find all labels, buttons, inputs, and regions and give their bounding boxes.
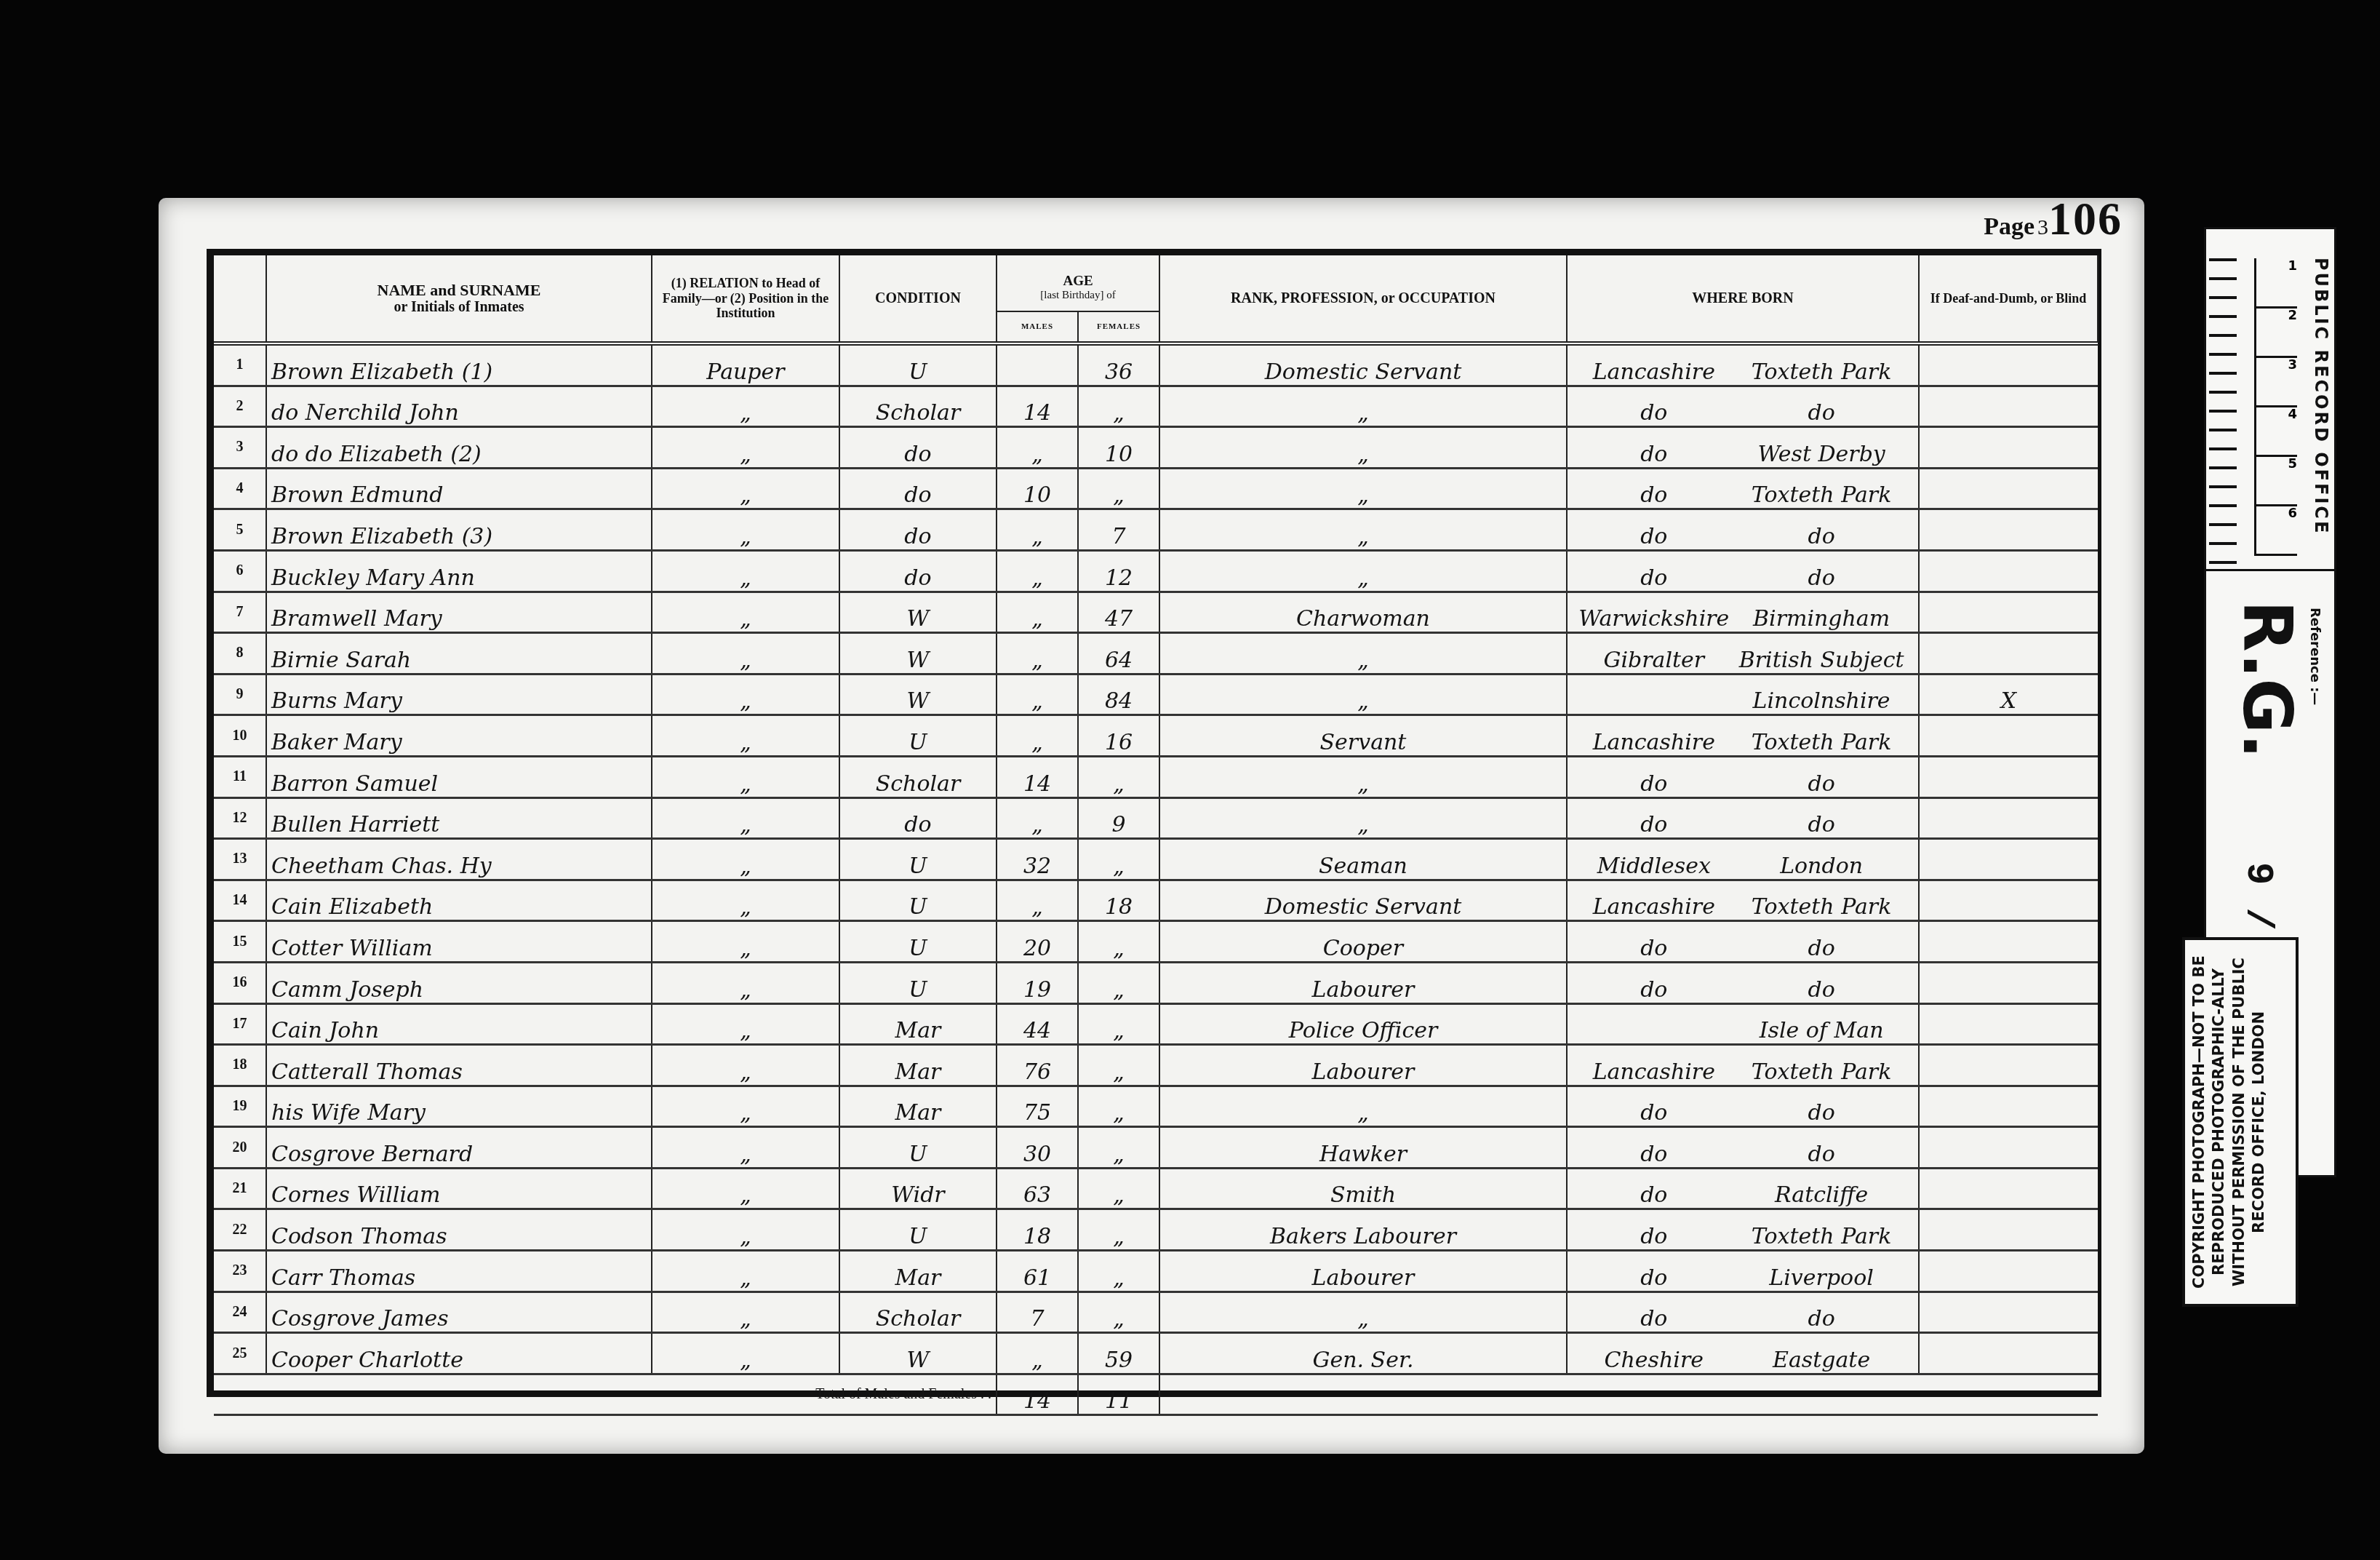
table-row: 15Cotter William„U20„Cooperdodo [214, 921, 2098, 963]
relation-cell: „ [652, 962, 839, 1003]
infirmity-cell [1919, 962, 2098, 1003]
header-row-number [214, 255, 266, 343]
infirmity-cell [1919, 550, 2098, 592]
infirmity-cell [1919, 715, 2098, 757]
birth-county: Lancashire [1572, 359, 1736, 385]
female-age-cell: „ [1078, 1127, 1159, 1169]
reference-series: R.G. [2228, 600, 2306, 759]
birth-county: do [1572, 1100, 1736, 1126]
page-main-number: 106 [2048, 193, 2123, 244]
census-table: NAME and SURNAME or Initials of Inmates … [214, 255, 2099, 1416]
male-age-cell: „ [997, 880, 1078, 921]
header-name-title: NAME and SURNAME [270, 281, 648, 299]
female-age-cell: 64 [1078, 633, 1159, 674]
infirmity-cell [1919, 343, 2098, 386]
condition-cell: W [839, 633, 997, 674]
male-age-cell: „ [997, 797, 1078, 839]
birth-county: Middlesex [1572, 853, 1736, 879]
female-age-cell: 59 [1078, 1333, 1159, 1374]
where-born-cell: dodo [1567, 386, 1919, 427]
female-age-cell: 10 [1078, 427, 1159, 469]
header-condition: CONDITION [839, 255, 997, 343]
relation-cell: „ [652, 1209, 839, 1251]
infirmity-cell [1919, 427, 2098, 469]
male-age-cell: „ [997, 1333, 1078, 1374]
female-age-cell: „ [1078, 756, 1159, 797]
birth-place: do [1736, 1142, 1907, 1167]
ruler-ticks [2209, 258, 2251, 564]
condition-cell: do [839, 550, 997, 592]
ruler-cm-mark: 1 [2254, 258, 2297, 309]
condition-cell: U [839, 1127, 997, 1169]
birth-county: do [1572, 812, 1736, 837]
row-number: 19 [214, 1086, 266, 1127]
condition-cell: U [839, 880, 997, 921]
name-cell: Carr Thomas [266, 1251, 652, 1292]
birth-county: do [1572, 936, 1736, 961]
male-age-cell [997, 343, 1078, 386]
row-number: 16 [214, 962, 266, 1003]
female-age-cell: „ [1078, 1045, 1159, 1086]
where-born-cell: dodo [1567, 1127, 1919, 1169]
condition-cell: W [839, 674, 997, 715]
ruler-cm-mark: 6 [2254, 506, 2297, 556]
birth-county: do [1572, 977, 1736, 1003]
female-age-cell: „ [1078, 1292, 1159, 1333]
row-number: 25 [214, 1333, 266, 1374]
female-age-cell: 36 [1078, 343, 1159, 386]
infirmity-cell [1919, 1045, 2098, 1086]
header-infirmity: If Deaf-and-Dumb, or Blind [1919, 255, 2098, 343]
female-age-cell: „ [1078, 1003, 1159, 1045]
row-number: 12 [214, 797, 266, 839]
relation-cell: „ [652, 509, 839, 551]
infirmity-cell: X [1919, 674, 2098, 715]
female-age-cell: „ [1078, 1168, 1159, 1209]
condition-cell: U [839, 962, 997, 1003]
male-age-cell: „ [997, 715, 1078, 757]
condition-cell: W [839, 1333, 997, 1374]
occupation-cell: „ [1159, 509, 1567, 551]
name-cell: Cornes William [266, 1168, 652, 1209]
male-age-cell: 76 [997, 1045, 1078, 1086]
copyright-text: COPYRIGHT PHOTOGRAPH—NOT TO BE REPRODUCE… [2189, 947, 2291, 1297]
female-age-cell: 7 [1078, 509, 1159, 551]
table-row: 18Catterall Thomas„Mar76„LabourerLancash… [214, 1045, 2098, 1086]
birth-county: do [1572, 1142, 1736, 1167]
relation-cell: Pauper [652, 343, 839, 386]
header-where-born: WHERE BORN [1567, 255, 1919, 343]
infirmity-cell [1919, 1251, 2098, 1292]
row-number: 2 [214, 386, 266, 427]
occupation-cell: „ [1159, 674, 1567, 715]
birth-place: Toxteth Park [1736, 1059, 1907, 1085]
name-cell: Cosgrove James [266, 1292, 652, 1333]
where-born-cell: Lincolnshire [1567, 674, 1919, 715]
where-born-cell: doLiverpool [1567, 1251, 1919, 1292]
birth-county: do [1572, 442, 1736, 467]
female-age-cell: „ [1078, 839, 1159, 880]
condition-cell: Scholar [839, 756, 997, 797]
scale-ruler: PUBLIC RECORD OFFICE 123456 [2204, 227, 2336, 573]
birth-place: Toxteth Park [1736, 482, 1907, 508]
infirmity-cell [1919, 1333, 2098, 1374]
row-number: 21 [214, 1168, 266, 1209]
relation-cell: „ [652, 1333, 839, 1374]
where-born-cell: LancashireToxteth Park [1567, 880, 1919, 921]
ruler-cm-mark: 4 [2254, 407, 2297, 457]
name-cell: Buckley Mary Ann [266, 550, 652, 592]
male-age-cell: 19 [997, 962, 1078, 1003]
name-cell: his Wife Mary [266, 1086, 652, 1127]
table-row: 24Cosgrove James„Scholar7„„dodo [214, 1292, 2098, 1333]
infirmity-cell [1919, 1127, 2098, 1169]
table-row: 3do do Elizabeth (2)„do„10„doWest Derby [214, 427, 2098, 469]
occupation-cell: „ [1159, 1086, 1567, 1127]
infirmity-cell [1919, 592, 2098, 633]
relation-cell: „ [652, 1251, 839, 1292]
name-cell: Brown Elizabeth (3) [266, 509, 652, 551]
page-number: Page 3106 [1984, 192, 2123, 246]
occupation-cell: Labourer [1159, 1045, 1567, 1086]
row-number: 9 [214, 674, 266, 715]
birth-place: Liverpool [1736, 1265, 1907, 1291]
infirmity-cell [1919, 797, 2098, 839]
male-age-cell: „ [997, 509, 1078, 551]
table-row: 17Cain John„Mar44„Police OfficerIsle of … [214, 1003, 2098, 1045]
occupation-cell: Labourer [1159, 1251, 1567, 1292]
row-number: 6 [214, 550, 266, 592]
totals-females: 11 [1078, 1374, 1159, 1415]
birth-county: do [1572, 1182, 1736, 1208]
occupation-cell: „ [1159, 1292, 1567, 1333]
table-row: 1Brown Elizabeth (1)PauperU36Domestic Se… [214, 343, 2098, 386]
female-age-cell: 18 [1078, 880, 1159, 921]
name-cell: Cosgrove Bernard [266, 1127, 652, 1169]
birth-place: do [1736, 565, 1907, 591]
male-age-cell: 14 [997, 386, 1078, 427]
totals-males: 14 [997, 1374, 1078, 1415]
name-cell: Baker Mary [266, 715, 652, 757]
condition-cell: Scholar [839, 1292, 997, 1333]
male-age-cell: 63 [997, 1168, 1078, 1209]
birth-place: Toxteth Park [1736, 730, 1907, 755]
female-age-cell: 47 [1078, 592, 1159, 633]
occupation-cell: Police Officer [1159, 1003, 1567, 1045]
where-born-cell: LancashireToxteth Park [1567, 343, 1919, 386]
where-born-cell: LancashireToxteth Park [1567, 715, 1919, 757]
birth-county: do [1572, 482, 1736, 508]
birth-county: Lancashire [1572, 1059, 1736, 1085]
header-occupation: RANK, PROFESSION, or OCCUPATION [1159, 255, 1567, 343]
table-row: 12Bullen Harriett„do„9„dodo [214, 797, 2098, 839]
male-age-cell: „ [997, 633, 1078, 674]
condition-cell: do [839, 509, 997, 551]
relation-cell: „ [652, 1045, 839, 1086]
name-cell: Codson Thomas [266, 1209, 652, 1251]
birth-county: do [1572, 1265, 1736, 1291]
infirmity-cell [1919, 386, 2098, 427]
birth-county: Lancashire [1572, 730, 1736, 755]
birth-place: Lincolnshire [1736, 688, 1907, 714]
male-age-cell: 30 [997, 1127, 1078, 1169]
where-born-cell: doWest Derby [1567, 427, 1919, 469]
birth-place: London [1736, 853, 1907, 879]
where-born-cell: doToxteth Park [1567, 1209, 1919, 1251]
where-born-cell: dodo [1567, 921, 1919, 963]
table-row: 4Brown Edmund„do10„„doToxteth Park [214, 468, 2098, 509]
infirmity-cell [1919, 756, 2098, 797]
row-number: 10 [214, 715, 266, 757]
birth-place: Toxteth Park [1736, 359, 1907, 385]
condition-cell: Mar [839, 1045, 997, 1086]
relation-cell: „ [652, 1003, 839, 1045]
page-sub-number: 3 [2037, 215, 2048, 239]
birth-county: do [1572, 771, 1736, 797]
where-born-cell: LancashireToxteth Park [1567, 1045, 1919, 1086]
name-cell: Cotter William [266, 921, 652, 963]
occupation-cell: Domestic Servant [1159, 343, 1567, 386]
condition-cell: U [839, 839, 997, 880]
male-age-cell: 32 [997, 839, 1078, 880]
where-born-cell: Isle of Man [1567, 1003, 1919, 1045]
table-row: 2do Nerchild John„Scholar14„„dodo [214, 386, 2098, 427]
page-label: Page [1984, 213, 2034, 240]
row-number: 13 [214, 839, 266, 880]
infirmity-cell [1919, 1003, 2098, 1045]
row-number: 22 [214, 1209, 266, 1251]
birth-place: Ratcliffe [1736, 1182, 1907, 1208]
female-age-cell: 9 [1078, 797, 1159, 839]
male-age-cell: 14 [997, 756, 1078, 797]
row-number: 11 [214, 756, 266, 797]
male-age-cell: 20 [997, 921, 1078, 963]
birth-place: do [1736, 771, 1907, 797]
table-row: 5Brown Elizabeth (3)„do„7„dodo [214, 509, 2098, 551]
condition-cell: Scholar [839, 386, 997, 427]
infirmity-cell [1919, 880, 2098, 921]
table-row: 6Buckley Mary Ann„do„12„dodo [214, 550, 2098, 592]
occupation-cell: „ [1159, 550, 1567, 592]
female-age-cell: „ [1078, 921, 1159, 963]
infirmity-cell [1919, 468, 2098, 509]
male-age-cell: 10 [997, 468, 1078, 509]
header-name: NAME and SURNAME or Initials of Inmates [266, 255, 652, 343]
census-sheet: Page 3106 NAME and SURNAME or Initials o… [159, 198, 2144, 1454]
table-row: 14Cain Elizabeth„U„18Domestic ServantLan… [214, 880, 2098, 921]
condition-cell: W [839, 592, 997, 633]
occupation-cell: „ [1159, 797, 1567, 839]
name-cell: Brown Edmund [266, 468, 652, 509]
occupation-cell: Servant [1159, 715, 1567, 757]
table-row: 21Cornes William„Widr63„SmithdoRatcliffe [214, 1168, 2098, 1209]
table-row: 11Barron Samuel„Scholar14„„dodo [214, 756, 2098, 797]
infirmity-cell [1919, 509, 2098, 551]
relation-cell: „ [652, 880, 839, 921]
birth-place: West Derby [1736, 442, 1907, 467]
reference-label: Reference :— [2307, 608, 2323, 705]
birth-county: do [1572, 565, 1736, 591]
female-age-cell: „ [1078, 962, 1159, 1003]
header-relation: (1) RELATION to Head of Family—or (2) Po… [652, 255, 839, 343]
relation-cell: „ [652, 386, 839, 427]
row-number: 4 [214, 468, 266, 509]
row-number: 8 [214, 633, 266, 674]
table-row: 23Carr Thomas„Mar61„LabourerdoLiverpool [214, 1251, 2098, 1292]
occupation-cell: Domestic Servant [1159, 880, 1567, 921]
row-number: 23 [214, 1251, 266, 1292]
where-born-cell: dodo [1567, 550, 1919, 592]
header-age-sub: [last Birthday] of [1000, 290, 1156, 302]
row-number: 20 [214, 1127, 266, 1169]
occupation-cell: Labourer [1159, 962, 1567, 1003]
male-age-cell: „ [997, 427, 1078, 469]
female-age-cell: „ [1078, 386, 1159, 427]
name-cell: Barron Samuel [266, 756, 652, 797]
male-age-cell: 7 [997, 1292, 1078, 1333]
where-born-cell: dodo [1567, 1292, 1919, 1333]
ruler-cm-mark: 2 [2254, 308, 2297, 358]
header-name-sub: or Initials of Inmates [270, 299, 648, 316]
occupation-cell: „ [1159, 427, 1567, 469]
row-number: 18 [214, 1045, 266, 1086]
table-row: 22Codson Thomas„U18„Bakers LabourerdoTox… [214, 1209, 2098, 1251]
where-born-cell: dodo [1567, 509, 1919, 551]
birth-place: do [1736, 524, 1907, 549]
condition-cell: Mar [839, 1003, 997, 1045]
name-cell: Camm Joseph [266, 962, 652, 1003]
infirmity-cell [1919, 1086, 2098, 1127]
table-row: 16Camm Joseph„U19„Labourerdodo [214, 962, 2098, 1003]
occupation-cell: Seaman [1159, 839, 1567, 880]
birth-place: Toxteth Park [1736, 894, 1907, 920]
birth-county: do [1572, 524, 1736, 549]
table-row: 9Burns Mary„W„84„LincolnshireX [214, 674, 2098, 715]
where-born-cell: dodo [1567, 962, 1919, 1003]
name-cell: Burns Mary [266, 674, 652, 715]
birth-county: Warwickshire [1572, 606, 1736, 632]
row-number: 3 [214, 427, 266, 469]
birth-place: Toxteth Park [1736, 1224, 1907, 1249]
header-age-title: AGE [1000, 274, 1156, 290]
female-age-cell: „ [1078, 1251, 1159, 1292]
occupation-cell: Bakers Labourer [1159, 1209, 1567, 1251]
female-age-cell: 84 [1078, 674, 1159, 715]
birth-place: do [1736, 1100, 1907, 1126]
relation-cell: „ [652, 592, 839, 633]
relation-cell: „ [652, 921, 839, 963]
name-cell: Birnie Sarah [266, 633, 652, 674]
header-females: FEMALES [1078, 311, 1159, 343]
relation-cell: „ [652, 1292, 839, 1333]
birth-county: Cheshire [1572, 1348, 1736, 1373]
table-row: 7Bramwell Mary„W„47CharwomanWarwickshire… [214, 592, 2098, 633]
male-age-cell: 75 [997, 1086, 1078, 1127]
name-cell: Catterall Thomas [266, 1045, 652, 1086]
row-number: 5 [214, 509, 266, 551]
table-row: 8Birnie Sarah„W„64„GibralterBritish Subj… [214, 633, 2098, 674]
name-cell: do do Elizabeth (2) [266, 427, 652, 469]
birth-place: British Subject [1736, 648, 1907, 673]
where-born-cell: WarwickshireBirmingham [1567, 592, 1919, 633]
relation-cell: „ [652, 468, 839, 509]
birth-place: Isle of Man [1736, 1018, 1907, 1043]
male-age-cell: „ [997, 674, 1078, 715]
name-cell: do Nerchild John [266, 386, 652, 427]
infirmity-cell [1919, 1292, 2098, 1333]
condition-cell: U [839, 1209, 997, 1251]
female-age-cell: 12 [1078, 550, 1159, 592]
ruler-cm-mark: 5 [2254, 456, 2297, 506]
name-cell: Cheetham Chas. Hy [266, 839, 652, 880]
female-age-cell: 16 [1078, 715, 1159, 757]
name-cell: Cain John [266, 1003, 652, 1045]
condition-cell: Mar [839, 1086, 997, 1127]
table-row: 10Baker Mary„U„16ServantLancashireToxtet… [214, 715, 2098, 757]
birth-county: do [1572, 1306, 1736, 1332]
female-age-cell: „ [1078, 1209, 1159, 1251]
row-number: 15 [214, 921, 266, 963]
header-males: MALES [997, 311, 1078, 343]
male-age-cell: 44 [997, 1003, 1078, 1045]
row-number: 7 [214, 592, 266, 633]
occupation-cell: „ [1159, 633, 1567, 674]
row-number: 17 [214, 1003, 266, 1045]
name-cell: Bullen Harriett [266, 797, 652, 839]
totals-blank [1159, 1374, 2098, 1415]
name-cell: Brown Elizabeth (1) [266, 343, 652, 386]
birth-place: Birmingham [1736, 606, 1907, 632]
infirmity-cell [1919, 1168, 2098, 1209]
table-row: 19his Wife Mary„Mar75„„dodo [214, 1086, 2098, 1127]
male-age-cell: „ [997, 550, 1078, 592]
male-age-cell: 61 [997, 1251, 1078, 1292]
ruler-cm-mark: 3 [2254, 357, 2297, 407]
name-cell: Bramwell Mary [266, 592, 652, 633]
header-age: AGE [last Birthday] of [997, 255, 1159, 311]
relation-cell: „ [652, 427, 839, 469]
relation-cell: „ [652, 1086, 839, 1127]
where-born-cell: MiddlesexLondon [1567, 839, 1919, 880]
row-number: 24 [214, 1292, 266, 1333]
totals-row: Total of Males and Females . . 14 11 [214, 1374, 2098, 1415]
infirmity-cell [1919, 1209, 2098, 1251]
table-row: 25Cooper Charlotte„W„59Gen. Ser.Cheshire… [214, 1333, 2098, 1374]
birth-place: do [1736, 812, 1907, 837]
census-table-frame: NAME and SURNAME or Initials of Inmates … [207, 249, 2101, 1397]
name-cell: Cooper Charlotte [266, 1333, 652, 1374]
occupation-cell: Cooper [1159, 921, 1567, 963]
where-born-cell: doToxteth Park [1567, 468, 1919, 509]
infirmity-cell [1919, 839, 2098, 880]
occupation-cell: Smith [1159, 1168, 1567, 1209]
table-row: 20Cosgrove Bernard„U30„Hawkerdodo [214, 1127, 2098, 1169]
row-number: 1 [214, 343, 266, 386]
where-born-cell: dodo [1567, 797, 1919, 839]
occupation-cell: Charwoman [1159, 592, 1567, 633]
female-age-cell: „ [1078, 1086, 1159, 1127]
relation-cell: „ [652, 1127, 839, 1169]
relation-cell: „ [652, 839, 839, 880]
condition-cell: Widr [839, 1168, 997, 1209]
row-number: 14 [214, 880, 266, 921]
condition-cell: U [839, 343, 997, 386]
ruler-title: PUBLIC RECORD OFFICE [2302, 229, 2331, 564]
birth-county: Gibralter [1572, 648, 1736, 673]
where-born-cell: GibralterBritish Subject [1567, 633, 1919, 674]
male-age-cell: „ [997, 592, 1078, 633]
birth-county: Lancashire [1572, 894, 1736, 920]
